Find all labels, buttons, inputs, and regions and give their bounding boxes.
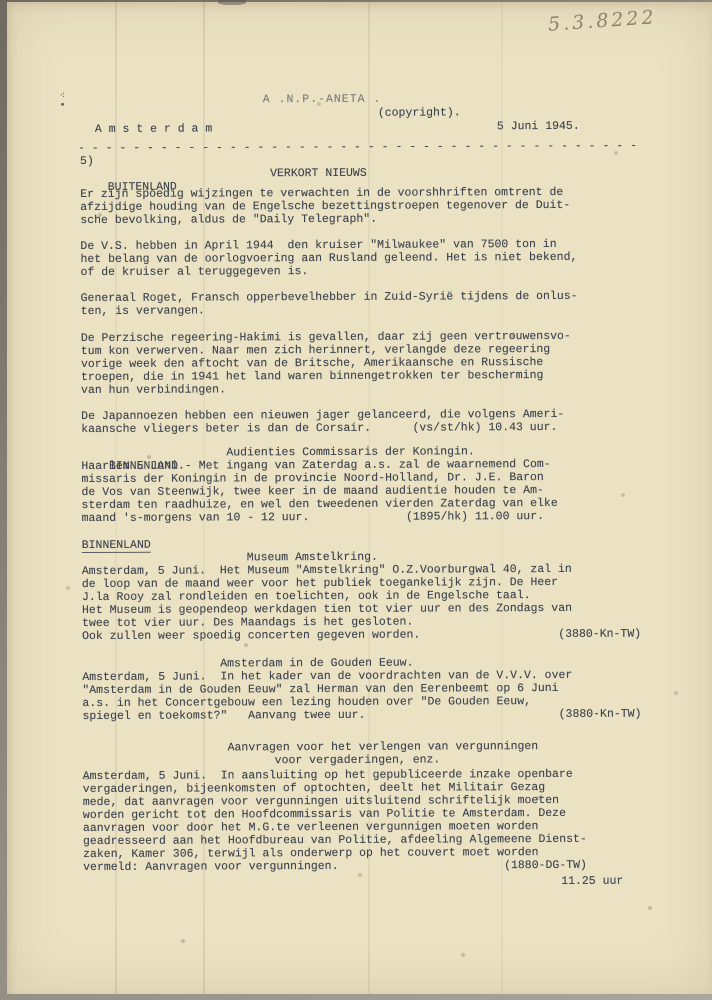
footer-time: 11.25 uur	[561, 875, 623, 888]
typed-content: ⁖ ▪ A .N.P.-ANETA . (copyright). A m s t…	[0, 0, 712, 1000]
news-paragraph: Haarlem 5 Juni.- Met ingang van Zaterdag…	[81, 458, 557, 525]
news-paragraph: Amsterdam, 5 Juni. In het kader van de v…	[82, 669, 641, 723]
article-heading-museum: Museum Amstelkring.	[247, 551, 378, 565]
section-heading-verkort-nieuws: VERKORT NIEUWS	[270, 167, 367, 180]
underlined-label: BINNENLAND	[82, 539, 151, 553]
dashed-divider: - - - - - - - - - - - - - - - - - - - - …	[78, 140, 637, 155]
news-paragraph: Er zijn spoedig wijzingen te verwachten …	[80, 186, 570, 227]
news-paragraph: De Perzische regeering-Hakimi is gevalle…	[81, 330, 571, 397]
article-heading-gouden-eeuw: Amsterdam in de Gouden Eeuw.	[220, 657, 413, 671]
agency-line: A .N.P.-ANETA .	[263, 93, 382, 107]
scanned-document-photo: { "colors": { "paper": "#ebe2c4", "ink":…	[0, 0, 712, 1000]
copyright-line: (copyright).	[378, 106, 461, 119]
section-label-binnenland-2: BINNENLAND	[82, 539, 151, 552]
city-line: A m s t e r d a m	[95, 122, 212, 136]
news-paragraph: De Japannoezen hebben een nieuwen jager …	[81, 408, 564, 436]
article-heading-vergunningen-line1: Aanvragen voor het verlengen van vergunn…	[228, 740, 539, 754]
news-paragraph: Amsterdam, 5 Juni. In aansluiting op het…	[83, 768, 587, 874]
article-heading-audienties: Audienties Commissaris der Koningin.	[226, 445, 475, 459]
news-paragraph: Generaal Roget, Fransch opperbevelhebber…	[81, 290, 578, 318]
margin-marks: ⁖ ▪	[60, 92, 65, 110]
page-number: 5)	[80, 155, 94, 168]
date-line: 5 Juni 1945.	[497, 120, 580, 133]
article-heading-vergunningen-line2: voor vergaderingen, enz.	[275, 753, 441, 767]
news-paragraph: Amsterdam, 5 Juni. Het Museum "Amstelkri…	[82, 563, 641, 643]
news-paragraph: De V.S. hebben in April 1944 den kruiser…	[80, 238, 577, 279]
